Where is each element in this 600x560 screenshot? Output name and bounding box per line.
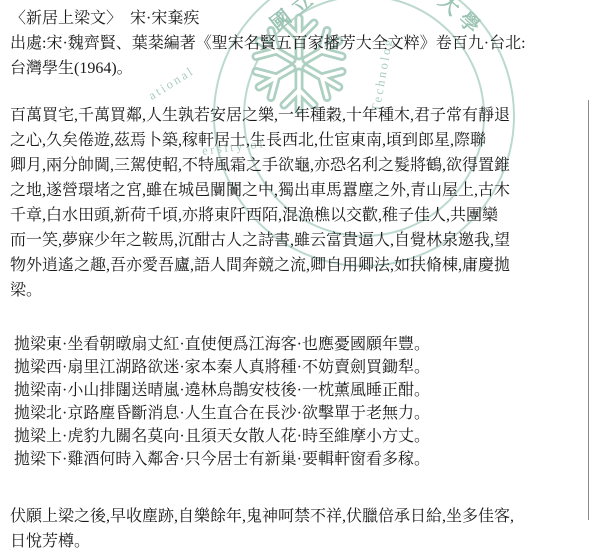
scan-edge-line: [588, 100, 589, 520]
prose-line: 卿月,兩分帥閫,三駕使軺,不特風霜之手欲龜,亦恐名利之髮將鶴,欲得置錐: [10, 153, 592, 178]
verse-line: 拋梁東·坐看朝暾扇丈紅·直使便爲江海客·也應憂國願年豐。: [10, 333, 592, 356]
verse-line: 拋梁西·扇里江湖路欲迷·家本秦人真將種·不妨賣劍買鋤犁。: [10, 356, 592, 379]
source-line: 出處:宋·魏齊賢、葉棻編著《聖宋名賢五百家播芳大全文粹》卷百九·台北:: [10, 31, 592, 56]
closing-paragraph: 伏願上梁之後,早收塵跡,自樂餘年,鬼神呵禁不祥,伏臘倍承日給,坐多佳客, 日悅芳…: [10, 504, 592, 554]
verse-line: 拋梁下·雞酒何時入鄰舍·只今居士有新巢·要輯軒窗看多稼。: [10, 448, 592, 471]
verse-line: 拋梁北·京路塵昏斷消息·人生直合在長沙·欲擊單于老無力。: [10, 402, 592, 425]
prose-line: 百萬買宅,千萬買鄰,人生孰若安居之樂,一年種穀,十年種木,君子常有靜退: [10, 103, 592, 128]
prose-line: 物外逍遙之趣,吾亦愛吾廬,語人間奔競之流,卿自用卿法,如扶脩棟,庸慶拋: [10, 253, 592, 278]
prose-line: 千章,白水田頭,新荷千頃,亦將東阡西陌,混漁樵以交歡,稚子佳人,共團欒: [10, 203, 592, 228]
title-line: 〈新居上梁文〉 宋·宋棄疾: [10, 6, 592, 31]
verse-line: 拋梁上·虎豹九關名莫向·且須天女散人花·時至維摩小方丈。: [10, 425, 592, 448]
verse-line: 拋梁南·小山排闥送晴嵐·遶林烏鵲安枝後·一枕薰風睡正酣。: [10, 379, 592, 402]
prose-line: 之地,遂營環堵之宮,雖在城邑闤闠之中,獨出車馬囂塵之外,青山屋上,古木: [10, 178, 592, 203]
prose-line: 而一笑,夢寐少年之鞍馬,沉酣古人之詩書,雖云富貴逼人,自覺林泉邀我,望: [10, 228, 592, 253]
prose-line: 梁。: [10, 278, 592, 303]
source-line: 台灣學生(1964)。: [10, 56, 592, 81]
document-text: 〈新居上梁文〉 宋·宋棄疾 出處:宋·魏齊賢、葉棻編著《聖宋名賢五百家播芳大全文…: [10, 6, 592, 554]
beam-verse-block: 拋梁東·坐看朝暾扇丈紅·直使便爲江海客·也應憂國願年豐。 拋梁西·扇里江湖路欲迷…: [10, 333, 592, 471]
document-header: 〈新居上梁文〉 宋·宋棄疾 出處:宋·魏齊賢、葉棻編著《聖宋名賢五百家播芳大全文…: [10, 6, 592, 81]
document-page: 國立 大學 ational ersity of Technolog 〈新居上梁文…: [0, 0, 600, 560]
closing-line: 伏願上梁之後,早收塵跡,自樂餘年,鬼神呵禁不祥,伏臘倍承日給,坐多佳客,: [10, 504, 592, 529]
closing-line: 日悅芳樽。: [10, 529, 592, 554]
prose-paragraph: 百萬買宅,千萬買鄰,人生孰若安居之樂,一年種穀,十年種木,君子常有靜退 之心,久…: [10, 103, 592, 303]
prose-line: 之心,久矣倦遊,茲焉卜築,稼軒居士,生長西北,仕宦東南,頃到郎星,際聯: [10, 128, 592, 153]
